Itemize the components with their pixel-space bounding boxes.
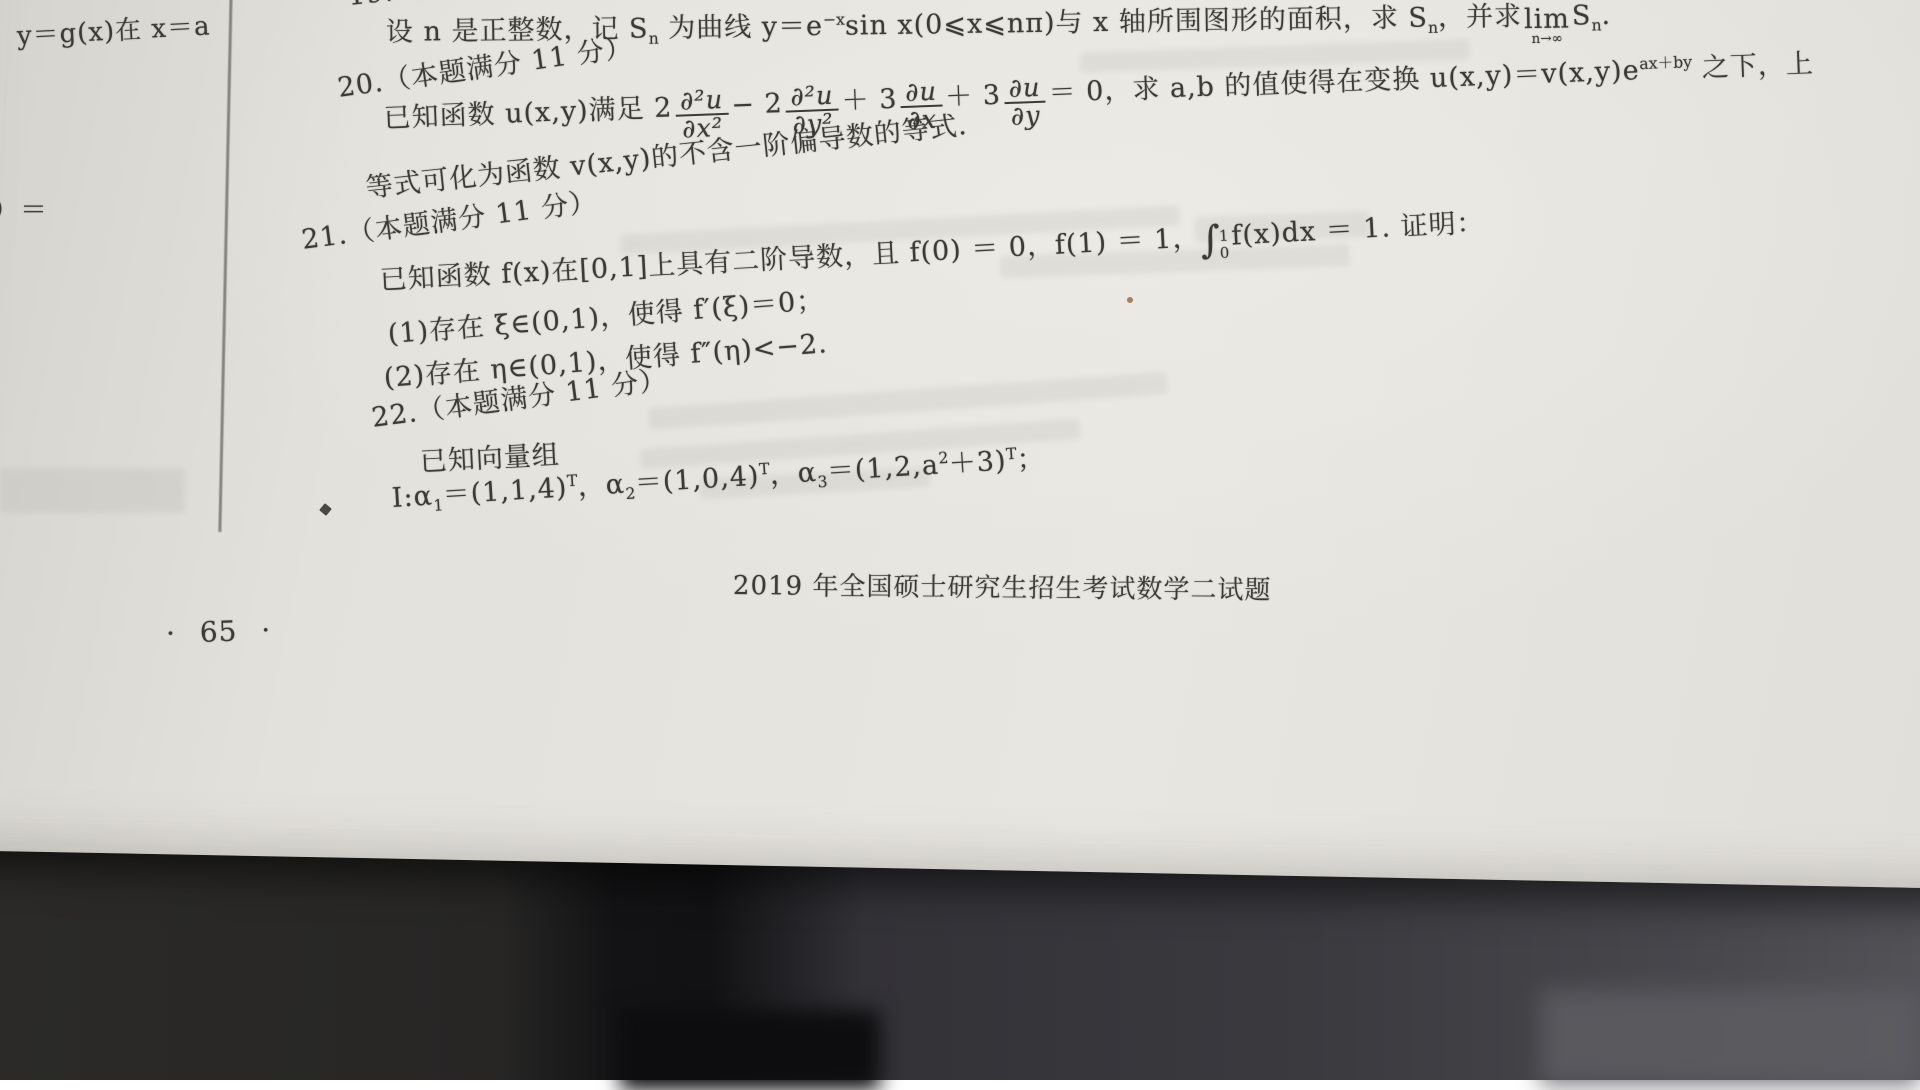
p19-sub-n3: n: [1591, 15, 1601, 34]
p19-seg6: .: [1601, 0, 1611, 31]
p20-seg4: ＋ 3: [945, 80, 1002, 113]
p19-sub-n1: n: [649, 29, 659, 48]
p19-sup-negx: −x: [823, 10, 845, 29]
page-number: · 65 ·: [165, 612, 271, 651]
p22-seg1: Ⅰ:α: [391, 481, 434, 514]
p21-integral-upper: 1: [1219, 227, 1229, 245]
page-number-dot-right: ·: [261, 613, 272, 646]
ghost-bleedthrough: [0, 468, 185, 513]
p19-seg3: sin x(0⩽x⩽nπ)与 x 轴所围图形的面积，求 S: [845, 2, 1428, 41]
p22-seg3: ，α: [577, 469, 626, 503]
p20-seg3: ＋ 3: [841, 84, 898, 117]
dust-speck: [1127, 297, 1133, 303]
page-number-dot-left: ·: [165, 617, 176, 650]
p22-seg4: ＝(1,0,4): [634, 461, 760, 500]
p20-frac3-numerator: ∂u: [900, 79, 943, 107]
p22-seg6: ＝(1,2,a: [826, 450, 940, 488]
p19-lim-word: lim: [1524, 6, 1570, 32]
p22-seg8: ；: [1016, 443, 1046, 476]
left-page-fragment-mid: ）＝: [0, 194, 48, 228]
background-shadow-patch: [620, 1010, 880, 1080]
p21-integral-bounds: 10: [1219, 227, 1230, 262]
p19-seg2: 为曲线 y＝e: [658, 11, 823, 44]
p19-seg5: S: [1572, 0, 1592, 31]
page-number-value: 65: [199, 615, 238, 649]
p22-seg7: ＋3): [948, 445, 1008, 479]
p19-limit: limn→∞: [1524, 6, 1570, 45]
background-light-patch: [1540, 990, 1920, 1080]
p22-seg2: ＝(1,1,4): [442, 472, 568, 511]
p22-seg5: ，α: [769, 457, 818, 491]
section-caption: 2019 年全国硕士研究生招生考试数学二试题: [733, 570, 1272, 607]
p19-seg4: ，并求: [1438, 1, 1522, 33]
p20-exponent: ax＋by: [1639, 52, 1692, 73]
p20-frac4-denominator: ∂y: [1004, 101, 1047, 131]
p20-seg2: − 2: [731, 88, 784, 121]
p20-frac2-numerator: ∂²u: [785, 83, 839, 111]
p20-frac1-numerator: ∂²u: [675, 87, 729, 115]
p20-seg6: 之下，上: [1692, 48, 1815, 84]
p20-seg1: 已知函数 u(x,y)满足 2: [383, 92, 673, 134]
p21-integral-lower: 0: [1219, 244, 1229, 262]
p20-fraction-4: ∂u∂y: [1003, 75, 1047, 131]
p19-sub-n2: n: [1428, 18, 1438, 37]
p20-frac4-numerator: ∂u: [1003, 75, 1046, 103]
p21-seg2: f(x)dx ＝ 1. 证明：: [1231, 207, 1486, 251]
